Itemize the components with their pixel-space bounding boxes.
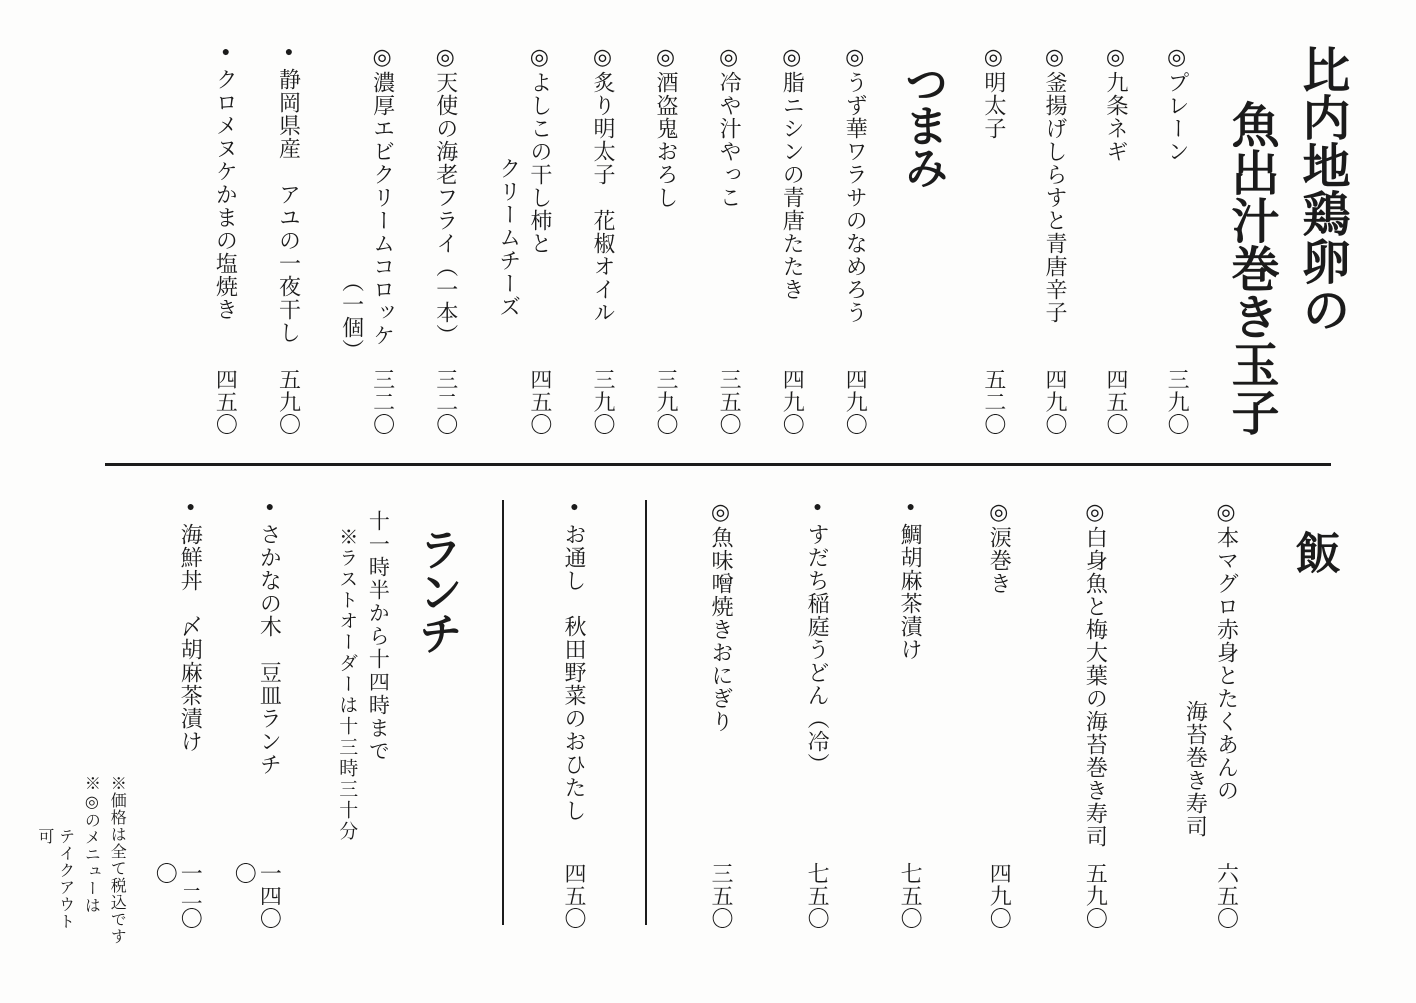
item-price: 三二〇 bbox=[371, 368, 396, 436]
item-name: お通し 秋田野菜のおひたし bbox=[562, 523, 587, 822]
page-title: 比内地鶏卵の 魚出汁巻き玉子 bbox=[1225, 45, 1345, 445]
menu-item: ●お通し 秋田野菜のおひたし四五〇 bbox=[562, 500, 587, 945]
item-price: 四五〇 bbox=[213, 368, 238, 436]
dot-bullet-icon: ● bbox=[903, 500, 918, 523]
double-circle-bullet-icon: ◎ bbox=[709, 500, 734, 526]
item-name: 酒盗鬼おろし bbox=[654, 71, 679, 209]
lunch-section-header: ランチ bbox=[412, 500, 460, 945]
item-name: よしこの干し柿と bbox=[528, 71, 553, 255]
item-name: 明太子 bbox=[982, 71, 1007, 140]
vertical-divider bbox=[502, 500, 504, 925]
item-price: 四九〇 bbox=[987, 862, 1012, 930]
item-name: すだち稲庭うどん（冷） bbox=[805, 523, 830, 776]
dot-bullet-icon: ● bbox=[567, 500, 582, 523]
item-price: 六五〇 bbox=[1214, 862, 1239, 930]
menu-item: ●さかなの木 豆皿ランチ一四〇〇 bbox=[257, 500, 282, 945]
lunch-hours: 十一時半から十四時まで bbox=[366, 500, 390, 945]
double-circle-bullet-icon: ◎ bbox=[1043, 45, 1068, 71]
item-price: 四五〇 bbox=[562, 862, 587, 930]
footnote-takeout-line2: テイクアウト可 bbox=[33, 775, 75, 945]
item-name: 天使の海老フライ（一本） bbox=[434, 71, 459, 347]
menu-page: 比内地鶏卵の 魚出汁巻き玉子 ◎プレーン三九〇◎九条ネギ四五〇◎釜揚げしらすと青… bbox=[0, 0, 1416, 1003]
item-name-continued: クリームチーズ bbox=[497, 45, 522, 445]
item-name: うず華ワラサのなめろう bbox=[843, 71, 868, 324]
item-name: 脂ニシンの青唐たたき bbox=[780, 71, 805, 301]
menu-item: ◎本マグロ赤身とたくあんの海苔巻き寿司六五〇 bbox=[1183, 500, 1239, 945]
menu-item: ◎天使の海老フライ（一本）三二〇 bbox=[434, 45, 459, 445]
menu-item: ◎酒盗鬼おろし三九〇 bbox=[654, 45, 679, 445]
item-name: 涙巻き bbox=[987, 526, 1012, 595]
menu-item: ●海鮮丼 〆胡麻茶漬け一二〇〇 bbox=[178, 500, 203, 945]
double-circle-bullet-icon: ◎ bbox=[591, 45, 616, 71]
double-circle-bullet-icon: ◎ bbox=[1104, 45, 1129, 71]
item-name: 炙り明太子 花椒オイル bbox=[591, 71, 616, 324]
item-price: 三五〇 bbox=[709, 862, 734, 930]
item-name: プレーン bbox=[1165, 71, 1190, 163]
item-name: 静岡県産 アユの一夜干し bbox=[276, 68, 301, 344]
item-name: 濃厚エビクリームコロッケ bbox=[371, 71, 396, 347]
item-price: 七五〇 bbox=[805, 862, 830, 930]
meshi-section-header: 飯 bbox=[1289, 500, 1337, 945]
item-price: 三五〇 bbox=[717, 368, 742, 436]
item-price: 四九〇 bbox=[843, 368, 868, 436]
item-price: 四五〇 bbox=[528, 368, 553, 436]
double-circle-bullet-icon: ◎ bbox=[528, 45, 553, 71]
menu-item: ◎白身魚と梅大葉の海苔巻き寿司五九〇 bbox=[1083, 500, 1108, 945]
item-name-continued: （一個） bbox=[339, 45, 364, 445]
item-name: 魚味噌焼きおにぎり bbox=[709, 526, 734, 733]
dot-bullet-icon: ● bbox=[281, 45, 296, 68]
item-price: 三九〇 bbox=[654, 368, 679, 436]
item-name-continued: 海苔巻き寿司 bbox=[1183, 500, 1208, 945]
item-name: さかなの木 豆皿ランチ bbox=[257, 523, 282, 776]
item-price: 四五〇 bbox=[1104, 368, 1129, 436]
item-price: 五二〇 bbox=[982, 368, 1007, 436]
menu-item: ●静岡県産 アユの一夜干し五九〇 bbox=[276, 45, 301, 445]
menu-item: ◎明太子五二〇 bbox=[982, 45, 1007, 445]
item-price: 五九〇 bbox=[1083, 862, 1108, 930]
menu-item: ◎九条ネギ四五〇 bbox=[1104, 45, 1129, 445]
menu-item: ◎釜揚げしらすと青唐辛子四九〇 bbox=[1043, 45, 1068, 445]
vertical-divider bbox=[645, 500, 647, 925]
double-circle-bullet-icon: ◎ bbox=[434, 45, 459, 71]
item-price: 三九〇 bbox=[591, 368, 616, 436]
item-price: 三九〇 bbox=[1165, 368, 1190, 436]
double-circle-bullet-icon: ◎ bbox=[1214, 500, 1239, 526]
dot-bullet-icon: ● bbox=[810, 500, 825, 523]
item-name: 本マグロ赤身とたくあんの bbox=[1214, 526, 1239, 802]
page-title-line2: 魚出汁巻き玉子 bbox=[1225, 45, 1274, 445]
item-price: 三二〇 bbox=[434, 368, 459, 436]
menu-item: ◎魚味噌焼きおにぎり三五〇 bbox=[709, 500, 734, 945]
item-price: 七五〇 bbox=[898, 862, 923, 930]
item-price: 五九〇 bbox=[276, 368, 301, 436]
item-name: 白身魚と梅大葉の海苔巻き寿司 bbox=[1083, 526, 1108, 848]
item-name: クロメヌケかまの塩焼き bbox=[213, 68, 238, 321]
item-price: 一四〇〇 bbox=[232, 862, 282, 945]
section-tamago-tsumami: 比内地鶏卵の 魚出汁巻き玉子 ◎プレーン三九〇◎九条ネギ四五〇◎釜揚げしらすと青… bbox=[175, 45, 1345, 445]
footnotes: ※価格は全て税込です ※◎のメニューは テイクアウト可 bbox=[33, 500, 126, 945]
section-meshi-lunch: 飯 ◎本マグロ赤身とたくあんの海苔巻き寿司六五〇◎白身魚と梅大葉の海苔巻き寿司五… bbox=[33, 500, 1337, 945]
double-circle-bullet-icon: ◎ bbox=[717, 45, 742, 71]
lunch-last-order-note: ※ラストオーダーは十三時三十分 bbox=[335, 500, 357, 945]
item-name: 冷や汁やっこ bbox=[717, 71, 742, 209]
item-name: 海鮮丼 〆胡麻茶漬け bbox=[178, 523, 203, 753]
menu-item: ◎炙り明太子 花椒オイル三九〇 bbox=[591, 45, 616, 445]
page-title-line1: 比内地鶏卵の bbox=[1296, 45, 1345, 445]
double-circle-bullet-icon: ◎ bbox=[987, 500, 1012, 526]
menu-item: ◎プレーン三九〇 bbox=[1165, 45, 1190, 445]
horizontal-divider bbox=[105, 463, 1331, 466]
dot-bullet-icon: ● bbox=[183, 500, 198, 523]
item-price: 四九〇 bbox=[1043, 368, 1068, 436]
footnote-takeout-line1: ※◎のメニューは bbox=[80, 775, 101, 945]
dot-bullet-icon: ● bbox=[262, 500, 277, 523]
menu-item: ◎涙巻き四九〇 bbox=[987, 500, 1012, 945]
menu-item: ●鯛胡麻茶漬け七五〇 bbox=[898, 500, 923, 945]
item-price: 四九〇 bbox=[780, 368, 805, 436]
double-circle-bullet-icon: ◎ bbox=[843, 45, 868, 71]
menu-item: ◎うず華ワラサのなめろう四九〇 bbox=[843, 45, 868, 445]
double-circle-bullet-icon: ◎ bbox=[371, 45, 396, 71]
item-price: 一二〇〇 bbox=[153, 862, 203, 945]
double-circle-bullet-icon: ◎ bbox=[1083, 500, 1108, 526]
double-circle-bullet-icon: ◎ bbox=[654, 45, 679, 71]
footnote-tax: ※価格は全て税込です bbox=[105, 775, 126, 945]
menu-item: ●クロメヌケかまの塩焼き四五〇 bbox=[213, 45, 238, 445]
item-name: 九条ネギ bbox=[1104, 71, 1129, 163]
double-circle-bullet-icon: ◎ bbox=[1165, 45, 1190, 71]
double-circle-bullet-icon: ◎ bbox=[780, 45, 805, 71]
menu-item: ◎冷や汁やっこ三五〇 bbox=[717, 45, 742, 445]
double-circle-bullet-icon: ◎ bbox=[982, 45, 1007, 71]
menu-item: ◎濃厚エビクリームコロッケ（一個）三二〇 bbox=[339, 45, 395, 445]
item-name: 鯛胡麻茶漬け bbox=[898, 523, 923, 661]
tsumami-section-header: つまみ bbox=[898, 45, 946, 445]
dot-bullet-icon: ● bbox=[218, 45, 233, 68]
menu-item: ●すだち稲庭うどん（冷）七五〇 bbox=[805, 500, 830, 945]
item-name: 釜揚げしらすと青唐辛子 bbox=[1043, 71, 1068, 324]
menu-item: ◎脂ニシンの青唐たたき四九〇 bbox=[780, 45, 805, 445]
menu-item: ◎よしこの干し柿とクリームチーズ四五〇 bbox=[497, 45, 553, 445]
